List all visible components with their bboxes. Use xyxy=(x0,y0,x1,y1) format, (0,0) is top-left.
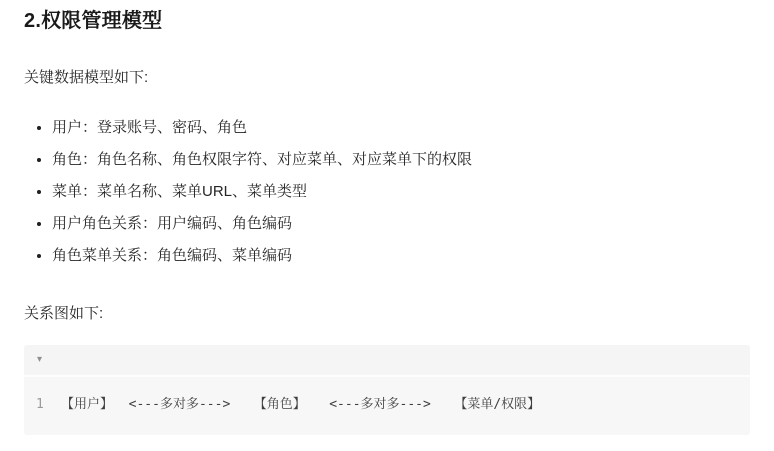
code-block-body: 1 【用户】 <---多对多---> 【角色】 <---多对多---> 【菜单/… xyxy=(24,377,750,435)
list-item-role: 角色：角色名称、角色权限字符、对应菜单、对应菜单下的权限 xyxy=(52,149,750,171)
code-line-content: 【用户】 <---多对多---> 【角色】 <---多对多---> 【菜单/权限… xyxy=(61,395,540,415)
collapse-caret-icon[interactable]: ▾ xyxy=(37,355,42,365)
intro-paragraph: 关键数据模型如下: xyxy=(24,67,750,89)
list-item-user: 用户：登录账号、密码、角色 xyxy=(52,117,750,139)
code-block-header: ▾ xyxy=(24,345,750,377)
document-page: 2.权限管理模型 关键数据模型如下: 用户：登录账号、密码、角色 角色：角色名称… xyxy=(0,0,774,435)
relation-intro-paragraph: 关系图如下: xyxy=(24,303,750,325)
section-heading: 2.权限管理模型 xyxy=(24,7,750,35)
list-item-menu: 菜单：菜单名称、菜单URL、菜单类型 xyxy=(52,181,750,203)
list-item-user-role-relation: 用户角色关系：用户编码、角色编码 xyxy=(52,213,750,235)
line-number: 1 xyxy=(36,395,58,415)
list-item-role-menu-relation: 角色菜单关系：角色编码、菜单编码 xyxy=(52,245,750,267)
data-model-list: 用户：登录账号、密码、角色 角色：角色名称、角色权限字符、对应菜单、对应菜单下的… xyxy=(24,117,750,267)
code-block: ▾ 1 【用户】 <---多对多---> 【角色】 <---多对多---> 【菜… xyxy=(24,345,750,435)
code-line: 1 【用户】 <---多对多---> 【角色】 <---多对多---> 【菜单/… xyxy=(24,395,750,415)
